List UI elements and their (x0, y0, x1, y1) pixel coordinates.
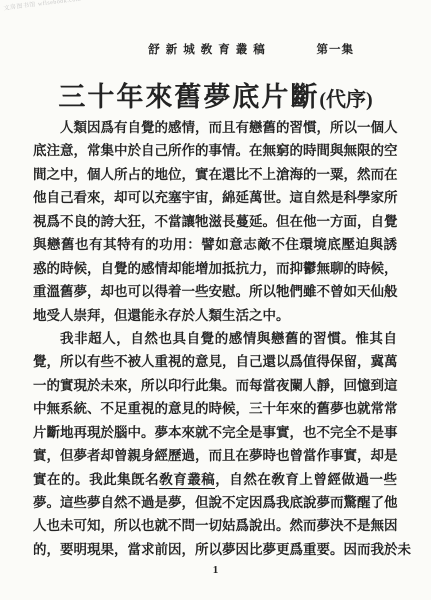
text-segment: 我非超人，自然也具自覺的感情與戀舊的習慣。惟其自 (60, 331, 397, 346)
series-title: 舒新城敎育叢稿 (148, 41, 271, 57)
text-segment: 夢。這些夢自然不過是夢，但說不定因爲我底說夢而驚醒了他 (33, 495, 398, 510)
text-line: 實在的。我此集旣名敎育叢稿，自然在敎育上曾經做過一些 (33, 468, 397, 491)
text-segment: 地受人崇拜，但還能永存於人類生活之中。 (33, 308, 290, 323)
text-segment: 中無系統、不足重視的意見的時候，三十年來的舊夢也就常常 (33, 401, 398, 416)
running-header: 舒新城敎育叢稿 第一集 (33, 41, 397, 56)
body-text: 人類因爲有自覺的感情，而且有戀舊的習慣，所以一個人底注意，常集中於自己所作的事情… (33, 116, 397, 561)
text-line: 中無系統、不足重視的意見的時候，三十年來的舊夢也就常常 (33, 397, 397, 420)
text-segment: 視爲不良的誇大狂，不當讓牠滋長蔓延。但在他一方面，自覺 (33, 214, 398, 229)
page-number: 1 (0, 564, 431, 576)
text-line: 人也未可知，所以也就不問一切姑爲說出。然而夢決不是無因 (33, 514, 397, 537)
text-line: 視爲不良的誇大狂，不當讓牠滋長蔓延。但在他一方面，自覺 (33, 210, 397, 233)
text-segment: 實在的。我此集旣名 (33, 472, 159, 487)
text-segment: 片斷地再現於腦中。夢本來就不完全是事實，也不完全不是事 (33, 425, 398, 440)
text-segment: ，自然在敎育上曾經做過一些 (215, 472, 397, 487)
text-line: 我非超人，自然也具自覺的感情與戀舊的習慣。惟其自 (33, 327, 397, 350)
text-line: 一的實現於未來，所以印行此集。而每當夜闌人靜，回憶到這 (33, 374, 397, 397)
page-title: 三十年來舊夢底片斷(代序) (0, 75, 431, 114)
text-line: 間之中，個人所占的地位，實在還比不上滄海的一粟，然而在 (33, 163, 397, 186)
text-line: 覺，所以有些不被人重視的意見，自己還以爲值得保留，冀萬 (33, 350, 397, 373)
watermark: 文房图书馆 wflsebook.com (3, 0, 81, 12)
text-segment: 覺，所以有些不被人重視的意見，自己還以爲值得保留，冀萬 (33, 354, 398, 369)
text-line: 地受人崇拜，但還能永存於人類生活之中。 (33, 304, 397, 327)
text-segment: 實，但夢者却曾親身經歷過，而且在夢時也曾當作事實，却是 (33, 448, 398, 463)
text-line: 重溫舊夢，却也可以得着一些安慰。所以牠們雖不曾如天仙般 (33, 280, 397, 303)
text-line: 惑的時候，自覺的感情却能增加抵抗力，而抑鬱無聊的時候， (33, 257, 397, 280)
page-title-main: 三十年來舊夢底片斷 (58, 82, 319, 112)
text-line: 與戀舊也有其特有的功用：譬如意志敵不住環境底壓迫與誘 (33, 233, 397, 256)
text-line: 底注意，常集中於自己所作的事情。在無窮的時間與無限的空 (33, 139, 397, 162)
text-line: 實，但夢者却曾親身經歷過，而且在夢時也曾當作事實，却是 (33, 444, 397, 467)
text-segment: 重溫舊夢，却也可以得着一些安慰。所以牠們雖不曾如天仙般 (33, 284, 398, 299)
text-segment: 間之中，個人所占的地位，實在還比不上滄海的一粟，然而在 (33, 167, 398, 182)
text-line: 夢。這些夢自然不過是夢，但說不定因爲我底說夢而驚醒了他 (33, 491, 397, 514)
text-segment: 底注意，常集中於自己所作的事情。在無窮的時間與無限的空 (33, 143, 398, 158)
scanned-page: 文房图书馆 wflsebook.com 舒新城敎育叢稿 第一集 三十年來舊夢底片… (0, 0, 431, 600)
text-segment: 他自己看來，却可以充塞宇宙，綿延萬世。這自然是科學家所 (33, 190, 398, 205)
book-title-mark: 敎育叢稿 (159, 472, 215, 489)
text-line: 他自己看來，却可以充塞宇宙，綿延萬世。這自然是科學家所 (33, 186, 397, 209)
text-segment: 的，要明現果，當求前因，所以夢因比夢更爲重要。因而我於未 (33, 542, 411, 557)
text-line: 的，要明現果，當求前因，所以夢因比夢更爲重要。因而我於未 (33, 538, 397, 561)
text-segment: 惑的時候，自覺的感情却能增加抵抗力，而抑鬱無聊的時候， (33, 261, 398, 276)
volume-label: 第一集 (317, 41, 355, 57)
page-title-subtitle: (代序) (319, 89, 372, 111)
text-segment: 一的實現於未來，所以印行此集。而每當夜闌人靜，回憶到這 (33, 378, 398, 393)
text-line: 片斷地再現於腦中。夢本來就不完全是事實，也不完全不是事 (33, 421, 397, 444)
text-segment: 人也未可知，所以也就不問一切姑爲說出。然而夢決不是無因 (33, 518, 398, 533)
text-segment: 與戀舊也有其特有的功用：譬如意志敵不住環境底壓迫與誘 (33, 237, 397, 252)
text-segment: 人類因爲有自覺的感情，而且有戀舊的習慣，所以一個人 (60, 120, 398, 135)
text-line: 人類因爲有自覺的感情，而且有戀舊的習慣，所以一個人 (33, 116, 397, 139)
